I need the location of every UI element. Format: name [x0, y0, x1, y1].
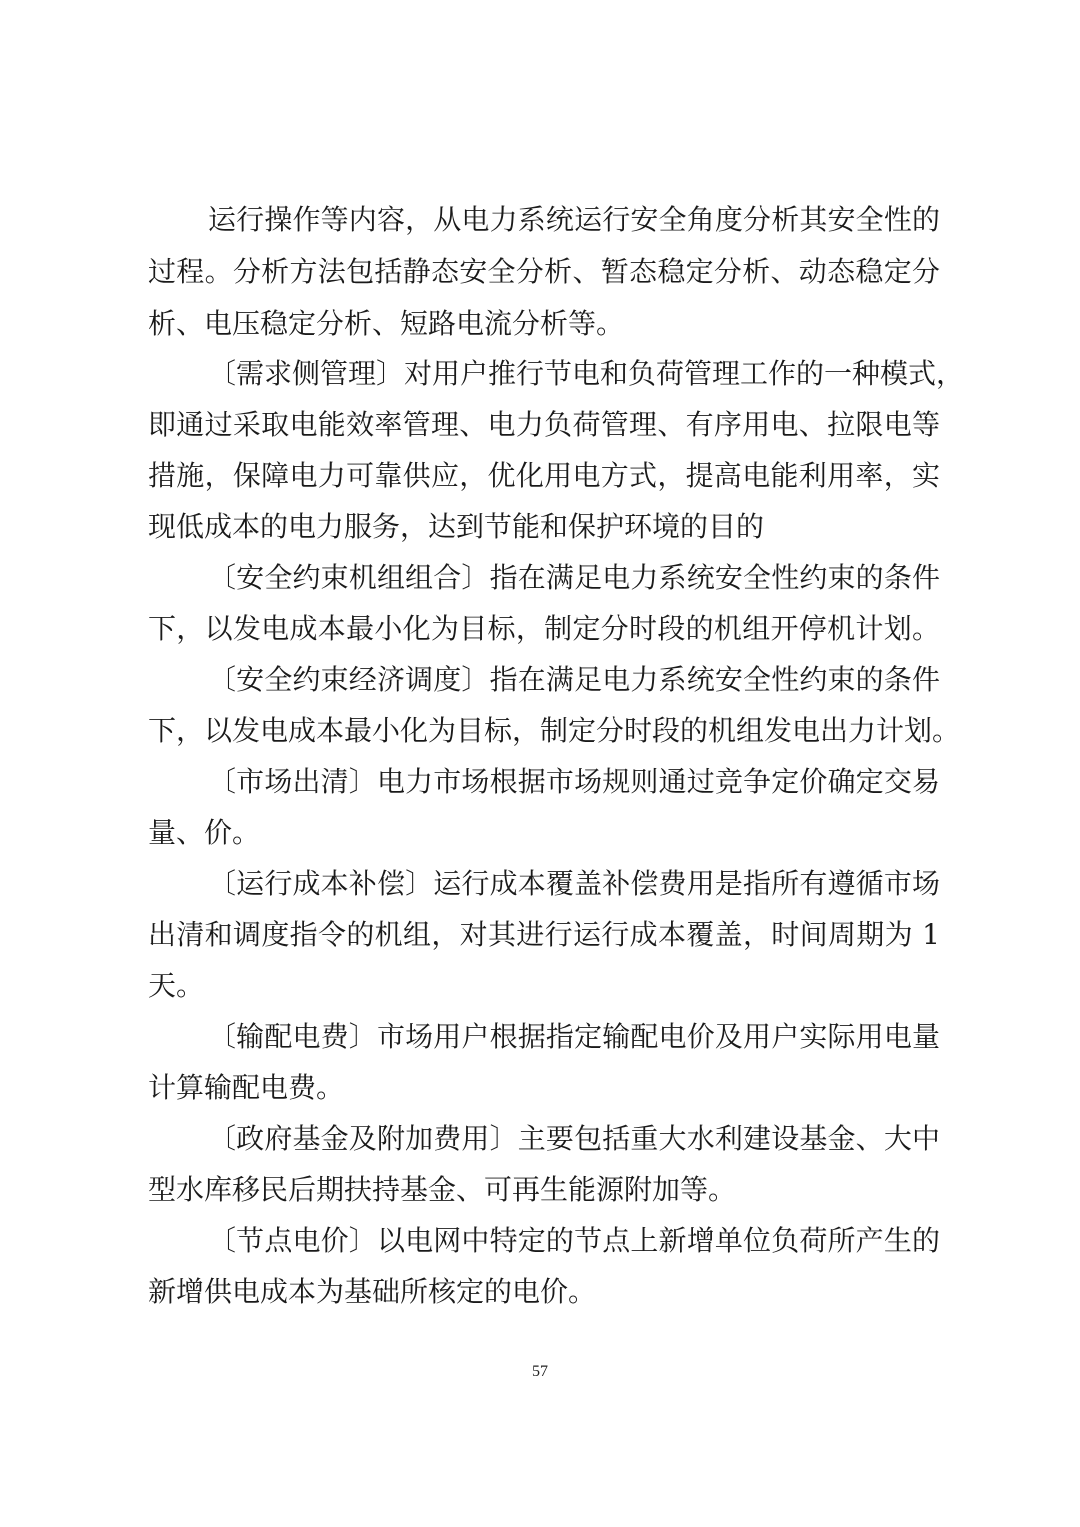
definition-政府基金及附加费用: 〔政府基金及附加费用〕主要包括重大水利建设基金、大中 [208, 1122, 940, 1156]
definition-安全约束经济调度: 〔安全约束经济调度〕指在满足电力系统安全性约束的条件 [208, 663, 940, 697]
paragraph-line: 即通过采取电能效率管理、电力负荷管理、有序用电、拉限电等 [148, 408, 940, 442]
paragraph-line: 现低成本的电力服务，达到节能和保护环境的目的 [148, 510, 940, 544]
paragraph-line: 过程。分析方法包括静态安全分析、暂态稳定分析、动态稳定分 [148, 255, 940, 289]
paragraph-line: 措施，保障电力可靠供应，优化用电方式，提高电能利用率，实 [148, 459, 940, 493]
definition-市场出清: 〔市场出清〕电力市场根据市场规则通过竞争定价确定交易 [208, 765, 940, 799]
definition-需求侧管理: 〔需求侧管理〕对用户推行节电和负荷管理工作的一种模式， [208, 357, 940, 391]
page-number: 57 [0, 1363, 1080, 1381]
paragraph-line: 天。 [148, 969, 940, 1003]
paragraph-line: 运行操作等内容，从电力系统运行安全角度分析其安全性的 [208, 203, 940, 237]
paragraph-line: 新增供电成本为基础所核定的电价。 [148, 1275, 940, 1309]
definition-运行成本补偿: 〔运行成本补偿〕运行成本覆盖补偿费用是指所有遵循市场 [208, 867, 940, 901]
paragraph-line: 下，以发电成本最小化为目标，制定分时段的机组开停机计划。 [148, 612, 940, 646]
document-page: 运行操作等内容，从电力系统运行安全角度分析其安全性的 过程。分析方法包括静态安全… [0, 0, 1080, 1527]
definition-节点电价: 〔节点电价〕以电网中特定的节点上新增单位负荷所产生的 [208, 1224, 940, 1258]
paragraph-line: 下，以发电成本最小化为目标，制定分时段的机组发电出力计划。 [148, 714, 940, 748]
paragraph-line: 型水库移民后期扶持基金、可再生能源附加等。 [148, 1173, 940, 1207]
paragraph-line: 析、电压稳定分析、短路电流分析等。 [148, 307, 940, 341]
paragraph-line: 出清和调度指令的机组，对其进行运行成本覆盖，时间周期为 1 [148, 918, 940, 952]
paragraph-line: 计算输配电费。 [148, 1071, 940, 1105]
definition-安全约束机组组合: 〔安全约束机组组合〕指在满足电力系统安全性约束的条件 [208, 561, 940, 595]
definition-输配电费: 〔输配电费〕市场用户根据指定输配电价及用户实际用电量 [208, 1020, 940, 1054]
paragraph-line: 量、价。 [148, 816, 940, 850]
